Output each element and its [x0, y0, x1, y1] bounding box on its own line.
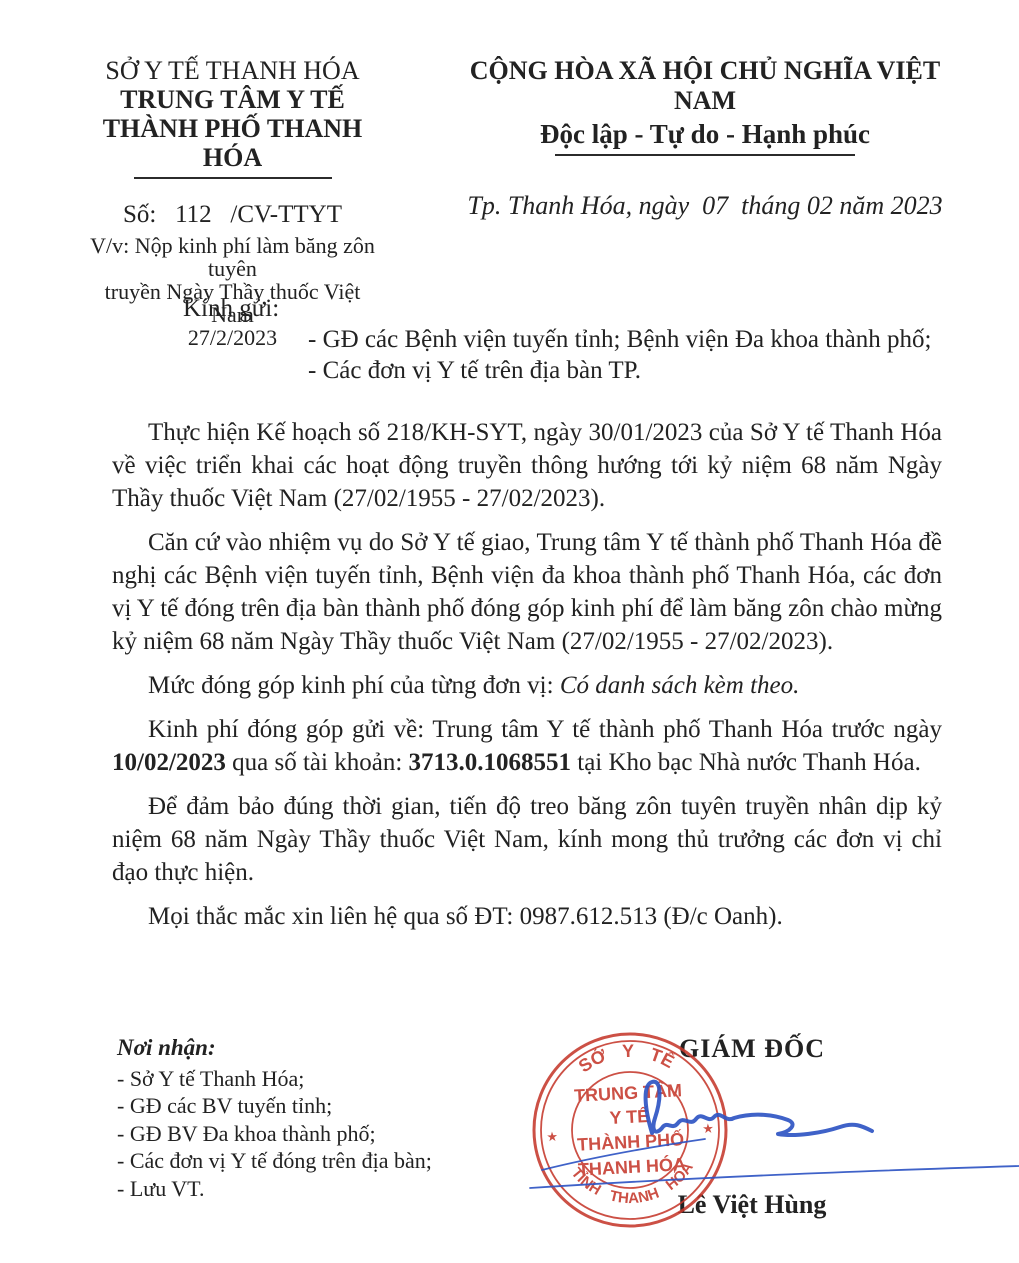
letter-body: Thực hiện Kế hoạch số 218/KH-SYT, ngày 3…	[112, 416, 942, 944]
org-name-line2: THÀNH PHỐ THANH HÓA	[85, 114, 380, 172]
org-name-line1: TRUNG TÂM Y TẾ	[85, 85, 380, 114]
handwritten-signature	[500, 1050, 1019, 1225]
document-number: Số: 112 /CV-TTYT	[85, 200, 380, 229]
salutation-label: Kính gửi:	[183, 293, 931, 324]
paragraph-4: Kinh phí đóng góp gửi về: Trung tâm Y tế…	[112, 713, 942, 779]
deadline-date: 10/02/2023	[112, 749, 226, 776]
place-date-line: Tp. Thanh Hóa, ngày 07 tháng 02 năm 2023	[445, 191, 965, 221]
national-motto: Độc lập - Tự do - Hạnh phúc	[445, 119, 965, 150]
distribution-block: Nơi nhận: - Sở Y tế Thanh Hóa; - GĐ các …	[117, 1034, 432, 1202]
paragraph-5: Để đảm bảo đúng thời gian, tiến độ treo …	[112, 790, 942, 889]
paragraph-6: Mọi thắc mắc xin liên hệ qua số ĐT: 0987…	[112, 900, 942, 933]
paragraph-3-text: Mức đóng góp kinh phí của từng đơn vị:	[148, 672, 560, 699]
account-number: 3713.0.1068551	[409, 749, 572, 776]
recipient-item: - Các đơn vị Y tế trên địa bàn TP.	[308, 355, 931, 386]
salutation-block: Kính gửi: - GĐ các Bệnh viện tuyến tỉnh;…	[183, 293, 931, 386]
paragraph-4-text-a: Kinh phí đóng góp gửi về: Trung tâm Y tế…	[148, 716, 942, 743]
distribution-item: - GĐ BV Đa khoa thành phố;	[117, 1120, 432, 1148]
paragraph-4-text-c: tại Kho bạc Nhà nước Thanh Hóa.	[571, 749, 921, 776]
paragraph-3-note: Có danh sách kèm theo.	[560, 672, 800, 699]
national-title: CỘNG HÒA XÃ HỘI CHỦ NGHĨA VIỆT NAM	[445, 56, 965, 116]
signature-underline-sweep	[530, 1166, 1019, 1188]
paragraph-4-text-b: qua số tài khoản:	[226, 749, 409, 776]
distribution-item: - Lưu VT.	[117, 1175, 432, 1203]
distribution-label: Nơi nhận:	[117, 1034, 432, 1062]
national-header-block: CỘNG HÒA XÃ HỘI CHỦ NGHĨA VIỆT NAM Độc l…	[445, 56, 965, 221]
parent-org-name: SỞ Y TẾ THANH HÓA	[85, 56, 380, 85]
distribution-item: - Các đơn vị Y tế đóng trên địa bàn;	[117, 1147, 432, 1175]
official-letter-page: SỞ Y TẾ THANH HÓA TRUNG TÂM Y TẾ THÀNH P…	[0, 0, 1019, 1263]
paragraph-3: Mức đóng góp kinh phí của từng đơn vị: C…	[112, 669, 942, 702]
distribution-item: - Sở Y tế Thanh Hóa;	[117, 1065, 432, 1093]
motto-underline	[555, 154, 855, 156]
distribution-item: - GĐ các BV tuyến tỉnh;	[117, 1092, 432, 1120]
recipient-item: - GĐ các Bệnh viện tuyến tỉnh; Bệnh viện…	[308, 324, 931, 355]
signature-scribble	[646, 1082, 872, 1135]
recipient-list: - GĐ các Bệnh viện tuyến tỉnh; Bệnh viện…	[308, 324, 931, 386]
paragraph-2: Căn cứ vào nhiệm vụ do Sở Y tế giao, Tru…	[112, 526, 942, 658]
signature-flourish	[542, 1139, 705, 1170]
paragraph-1: Thực hiện Kế hoạch số 218/KH-SYT, ngày 3…	[112, 416, 942, 515]
org-underline	[134, 177, 332, 179]
